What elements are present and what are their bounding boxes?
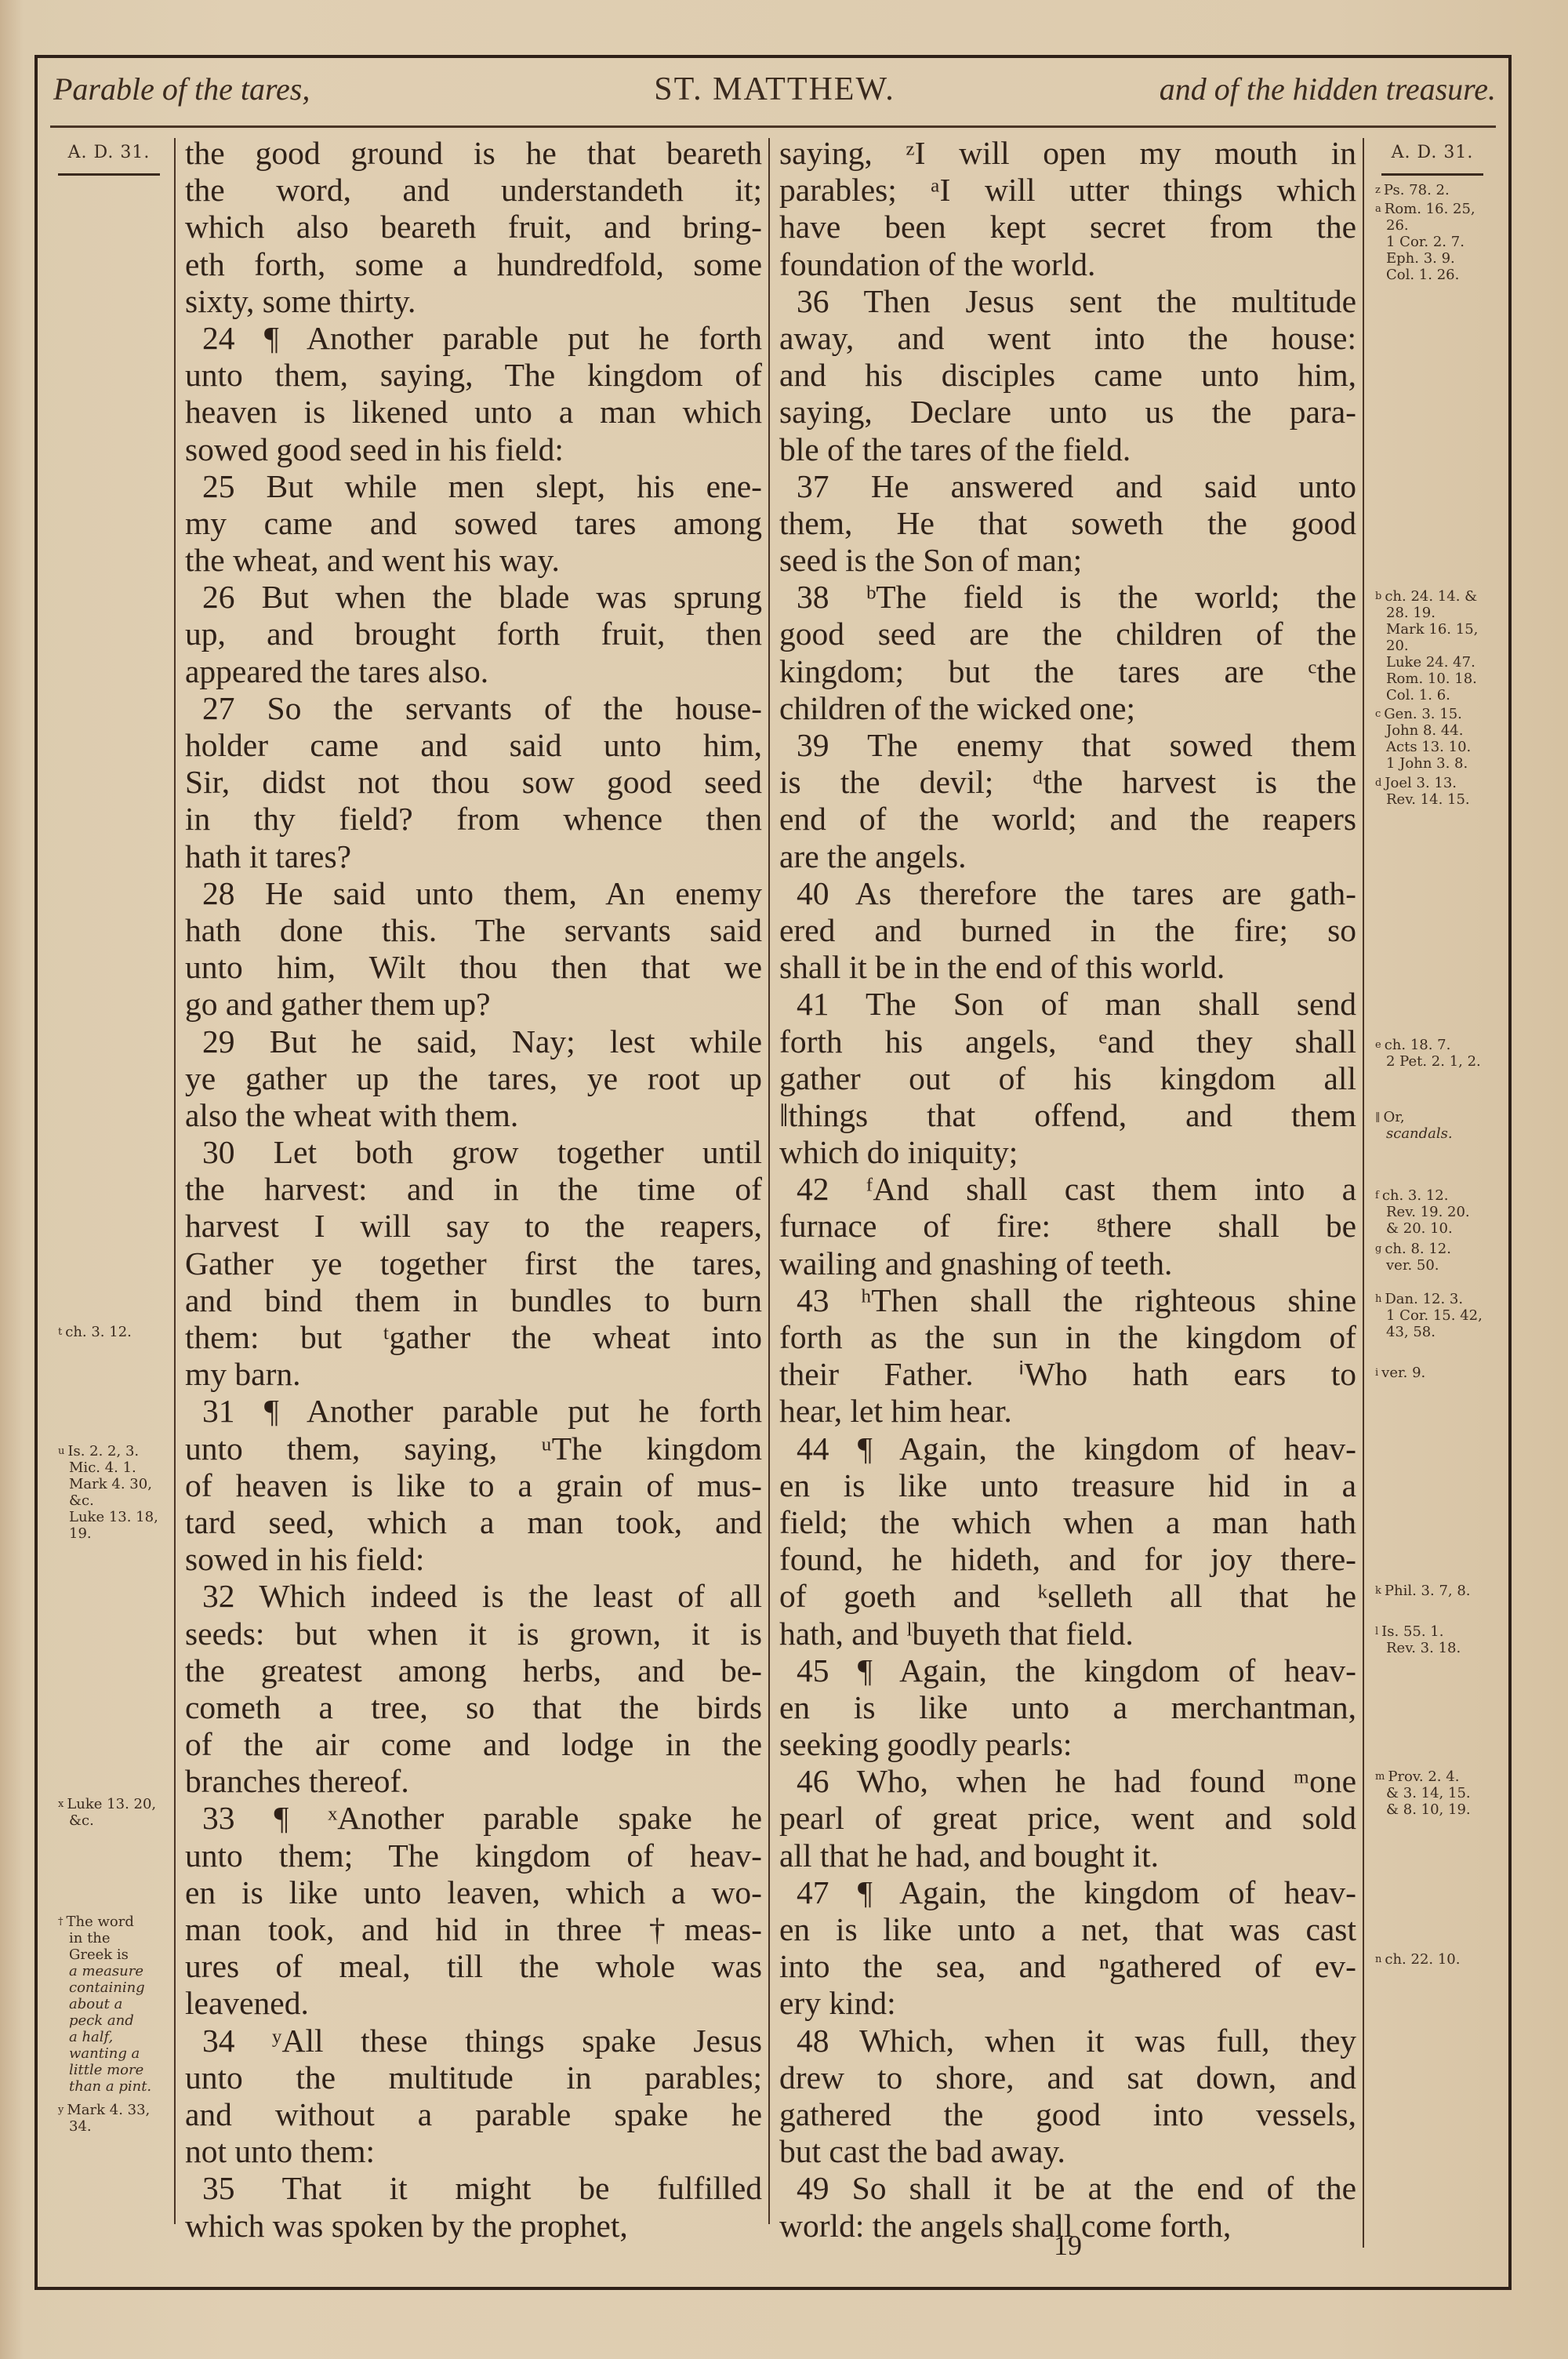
text-line: of heaven is like to a grain of mus- [185, 1467, 762, 1504]
note-text: a measure [69, 1963, 143, 1979]
note-text: Luke 13. 20, [67, 1796, 156, 1812]
note-mark: k [1375, 1585, 1381, 1597]
margin-reference-note: mProv. 2. 4.& 3. 14, 15.& 8. 10, 19. [1375, 1768, 1471, 1818]
text-line: shall it be in the end of this world. [779, 949, 1356, 986]
text-line: kingdom; but the tares are ᶜthe [779, 653, 1356, 690]
note-line: & 8. 10, 19. [1375, 1801, 1471, 1818]
text-line: the word, and understandeth it; [185, 172, 762, 209]
note-text: Luke 24. 47. [1386, 654, 1475, 671]
note-text: Joel 3. 13. [1385, 775, 1457, 791]
note-mark: ‖ [1375, 1111, 1381, 1123]
note-line: tch. 3. 12. [58, 1324, 132, 1340]
right-margin-notes: A. D. 31. [1366, 138, 1499, 176]
text-line: of the air come and lodge in the [185, 1726, 762, 1763]
text-line: 24 ¶ Another parable put he forth [185, 320, 762, 357]
text-line: also the wheat with them. [185, 1097, 762, 1134]
text-line: end of the world; and the reapers [779, 801, 1356, 838]
text-line: of goeth and ᵏselleth all that he [779, 1578, 1356, 1615]
note-line: Rom. 10. 18. [1375, 671, 1478, 687]
note-text: Is. 2. 2, 3. [67, 1443, 139, 1459]
note-line: Greek is [58, 1946, 151, 1963]
text-line: and his disciples came unto him, [779, 357, 1356, 394]
text-line: eth forth, some a hundredfold, some [185, 246, 762, 283]
note-text: &c. [69, 1812, 94, 1829]
text-line: 27 So the servants of the house- [185, 690, 762, 727]
text-line: 28 He said unto them, An enemy [185, 875, 762, 912]
note-text: than a pint. [69, 2078, 151, 2095]
note-line: ech. 18. 7. [1375, 1037, 1481, 1053]
text-line: branches thereof. [185, 1763, 762, 1800]
text-line: 40 As therefore the tares are gath- [779, 875, 1356, 912]
text-line: leavened. [185, 1985, 762, 2022]
text-line: 37 He answered and said unto [779, 468, 1356, 505]
note-line: mProv. 2. 4. [1375, 1768, 1471, 1785]
margin-reference-note: xLuke 13. 20,&c. [58, 1796, 156, 1829]
text-line: field; the which when a man hath [779, 1504, 1356, 1541]
note-mark: y [58, 2104, 64, 2116]
text-line: away, and went into the house: [779, 320, 1356, 357]
text-line: is the devil; ᵈthe harvest is the [779, 764, 1356, 801]
text-line: 32 Which indeed is the least of all [185, 1578, 762, 1615]
text-line: hath, and ˡbuyeth that field. [779, 1616, 1356, 1652]
text-line: 25 But while men slept, his ene- [185, 468, 762, 505]
note-text: The word [67, 1914, 134, 1930]
margin-reference-note: gch. 8. 12.ver. 50. [1375, 1241, 1451, 1274]
text-line: seeds: but when it is grown, it is [185, 1616, 762, 1652]
text-line: harvest I will say to the reapers, [185, 1208, 762, 1245]
text-line: 44 ¶ Again, the kingdom of heav- [779, 1430, 1356, 1467]
right-year-rule [1381, 173, 1483, 176]
text-line: my barn. [185, 1356, 762, 1393]
text-line: into the sea, and ⁿgathered of ev- [779, 1948, 1356, 1985]
text-line: 46 Who, when he had found ᵐone [779, 1763, 1356, 1800]
left-year-rule [58, 173, 160, 176]
text-column-2: saying, ᶻI will open my mouth inparables… [779, 135, 1356, 2245]
note-mark: † [58, 1916, 64, 1928]
text-column-1: the good ground is he that beareththe wo… [185, 135, 762, 2245]
text-line: them, He that soweth the good [779, 505, 1356, 542]
text-line: gather out of his kingdom all [779, 1060, 1356, 1097]
text-line: 42 ᶠAnd shall cast them into a [779, 1171, 1356, 1208]
note-text: scandals. [1386, 1125, 1453, 1142]
text-line: en is like unto treasure hid in a [779, 1467, 1356, 1504]
note-line: than a pint. [58, 2078, 151, 2095]
note-line: 26. [1375, 217, 1475, 234]
note-line: gch. 8. 12. [1375, 1241, 1451, 1257]
right-margin-year: A. D. 31. [1366, 138, 1499, 162]
text-line: in thy field? from whence then [185, 801, 762, 838]
text-line: found, he hideth, and for joy there- [779, 1541, 1356, 1578]
note-text: & 8. 10, 19. [1386, 1801, 1471, 1818]
note-line: wanting a [58, 2045, 151, 2062]
note-text: ch. 3. 12. [65, 1324, 132, 1340]
text-line: 43 ʰThen shall the righteous shine [779, 1282, 1356, 1319]
note-text: Dan. 12. 3. [1385, 1291, 1463, 1307]
text-line: sowed good seed in his field: [185, 431, 762, 468]
note-text: 20. [1386, 638, 1409, 654]
note-line: dJoel 3. 13. [1375, 775, 1470, 791]
note-line: 1 Cor. 15. 42, [1375, 1307, 1483, 1324]
note-line: iver. 9. [1375, 1365, 1425, 1381]
note-mark: e [1375, 1039, 1381, 1051]
text-line: the harvest: and in the time of [185, 1171, 762, 1208]
note-line: ver. 50. [1375, 1257, 1451, 1274]
margin-reference-note: ech. 18. 7.2 Pet. 2. 1, 2. [1375, 1037, 1481, 1070]
text-line: hear, let him hear. [779, 1393, 1356, 1430]
note-text: Rev. 14. 15. [1386, 791, 1470, 808]
text-line: seed is the Son of man; [779, 542, 1356, 579]
note-mark: i [1375, 1367, 1378, 1379]
note-mark: f [1375, 1190, 1379, 1201]
note-text: containing [69, 1979, 145, 1996]
note-text: ch. 3. 12. [1382, 1187, 1449, 1204]
note-text: Is. 55. 1. [1381, 1623, 1443, 1640]
note-line: zPs. 78. 2. [1375, 182, 1450, 198]
text-line: their Father. ⁱWho hath ears to [779, 1356, 1356, 1393]
text-line: 35 That it might be fulfilled [185, 2170, 762, 2207]
note-line: Mark 4. 30, [58, 1476, 158, 1492]
note-text: ch. 18. 7. [1385, 1037, 1451, 1053]
note-line: &c. [58, 1492, 158, 1509]
text-line: 38 ᵇThe field is the world; the [779, 579, 1356, 616]
note-mark: n [1375, 1954, 1381, 1965]
note-line: &c. [58, 1812, 156, 1829]
note-mark: u [58, 1445, 64, 1457]
text-line: appeared the tares also. [185, 653, 762, 690]
page-number: 19 [779, 2229, 1356, 2262]
text-line: 33 ¶ ˣAnother parable spake he [185, 1800, 762, 1837]
note-text: John 8. 44. [1386, 722, 1463, 739]
text-line: ye gather up the tares, ye root up [185, 1060, 762, 1097]
text-line: have been kept secret from the [779, 209, 1356, 245]
note-line: little more [58, 2062, 151, 2078]
note-line: Rev. 3. 18. [1375, 1640, 1461, 1656]
note-line: a measure [58, 1963, 151, 1979]
note-text: Col. 1. 26. [1386, 267, 1459, 283]
note-text: 43, 58. [1386, 1324, 1436, 1340]
note-line: †The word [58, 1914, 151, 1930]
text-line: tard seed, which a man took, and [185, 1504, 762, 1541]
text-line: and without a parable spake he [185, 2096, 762, 2133]
text-line: Sir, didst not thou sow good seed [185, 764, 762, 801]
note-text: wanting a [69, 2045, 140, 2062]
text-line: unto them; The kingdom of heav- [185, 1837, 762, 1874]
note-line: Mark 16. 15, [1375, 621, 1478, 638]
note-text: Or, [1384, 1109, 1405, 1125]
note-line: cGen. 3. 15. [1375, 706, 1471, 722]
note-line: 1 John 3. 8. [1375, 755, 1471, 772]
margin-reference-note: bch. 24. 14. &28. 19.Mark 16. 15,20.Luke… [1375, 588, 1478, 703]
note-line: Mic. 4. 1. [58, 1459, 158, 1476]
text-line: which was spoken by the prophet, [185, 2208, 762, 2245]
margin-reference-note: lIs. 55. 1.Rev. 3. 18. [1375, 1623, 1461, 1656]
text-line: ered and burned in the fire; so [779, 912, 1356, 949]
text-line: wailing and gnashing of teeth. [779, 1245, 1356, 1282]
text-line: furnace of fire: ᵍthere shall be [779, 1208, 1356, 1245]
margin-reference-note: kPhil. 3. 7, 8. [1375, 1583, 1471, 1599]
note-mark: c [1375, 708, 1381, 720]
text-line: 30 Let both grow together until [185, 1134, 762, 1171]
text-line: forth as the sun in the kingdom of [779, 1319, 1356, 1356]
text-line: go and gather them up? [185, 986, 762, 1023]
note-text: peck and [69, 2012, 134, 2029]
text-line: sixty, some thirty. [185, 283, 762, 320]
note-line: scandals. [1375, 1125, 1453, 1142]
text-line: children of the wicked one; [779, 690, 1356, 727]
note-text: Luke 13. 18, [69, 1509, 158, 1525]
text-line: but cast the bad away. [779, 2133, 1356, 2170]
text-line: good seed are the children of the [779, 616, 1356, 652]
note-line: aRom. 16. 25, [1375, 201, 1475, 217]
note-line: Rev. 14. 15. [1375, 791, 1470, 808]
text-line: gathered the good into vessels, [779, 2096, 1356, 2133]
margin-reference-note: ‖Or,scandals. [1375, 1109, 1453, 1142]
text-line: saying, ᶻI will open my mouth in [779, 135, 1356, 172]
note-text: 26. [1386, 217, 1409, 234]
note-text: Gen. 3. 15. [1384, 706, 1462, 722]
note-text: in the [69, 1930, 111, 1946]
text-line: en is like unto a merchantman, [779, 1689, 1356, 1726]
margin-reference-note: hDan. 12. 3.1 Cor. 15. 42,43, 58. [1375, 1291, 1483, 1340]
note-mark: d [1375, 777, 1381, 789]
text-line: ery kind: [779, 1985, 1356, 2022]
text-line: unto them, saying, The kingdom of [185, 357, 762, 394]
note-text: Mic. 4. 1. [69, 1459, 136, 1476]
note-text: & 3. 14, 15. [1386, 1785, 1471, 1801]
text-line: all that he had, and bought it. [779, 1837, 1356, 1874]
text-line: my came and sowed tares among [185, 505, 762, 542]
text-line: 36 Then Jesus sent the multitude [779, 283, 1356, 320]
note-line: Luke 13. 18, [58, 1509, 158, 1525]
note-text: Rom. 10. 18. [1386, 671, 1477, 687]
note-text: Greek is [69, 1946, 129, 1963]
note-line: uIs. 2. 2, 3. [58, 1443, 158, 1459]
note-line: lIs. 55. 1. [1375, 1623, 1461, 1640]
text-line: 26 But when the blade was sprung [185, 579, 762, 616]
note-text: Phil. 3. 7, 8. [1385, 1583, 1471, 1599]
note-line: Acts 13. 10. [1375, 739, 1471, 755]
note-line: ‖Or, [1375, 1109, 1453, 1125]
text-line: seeking goodly pearls: [779, 1726, 1356, 1763]
text-line: ble of the tares of the field. [779, 431, 1356, 468]
note-text: ch. 22. 10. [1385, 1951, 1460, 1968]
note-text: ch. 24. 14. & [1385, 588, 1477, 605]
note-text: 2 Pet. 2. 1, 2. [1386, 1053, 1481, 1070]
text-line: and bind them in bundles to burn [185, 1282, 762, 1319]
margin-reference-note: †The wordin theGreek isa measurecontaini… [58, 1914, 151, 2095]
margin-reference-note: yMark 4. 33,34. [58, 2102, 150, 2135]
note-line: kPhil. 3. 7, 8. [1375, 1583, 1471, 1599]
text-line: foundation of the world. [779, 246, 1356, 283]
text-line: saying, Declare unto us the para- [779, 394, 1356, 431]
text-line: the greatest among herbs, and be- [185, 1652, 762, 1689]
column-rule-left [174, 138, 176, 2224]
text-line: 29 But he said, Nay; lest while [185, 1023, 762, 1060]
note-line: & 3. 14, 15. [1375, 1785, 1471, 1801]
note-line: Luke 24. 47. [1375, 654, 1478, 671]
text-line: 39 The enemy that sowed them [779, 727, 1356, 764]
margin-reference-note: uIs. 2. 2, 3.Mic. 4. 1.Mark 4. 30,&c.Luk… [58, 1443, 158, 1542]
note-text: Eph. 3. 9. [1386, 250, 1455, 267]
note-line: Col. 1. 26. [1375, 267, 1475, 283]
note-line: & 20. 10. [1375, 1220, 1470, 1237]
text-line: 34 ʸAll these things spake Jesus [185, 2023, 762, 2059]
note-text: about a [69, 1996, 122, 2012]
note-mark: m [1375, 1771, 1385, 1783]
text-line: 45 ¶ Again, the kingdom of heav- [779, 1652, 1356, 1689]
margin-reference-note: zPs. 78. 2. [1375, 182, 1450, 198]
note-text: Prov. 2. 4. [1388, 1768, 1459, 1785]
margin-reference-note: iver. 9. [1375, 1365, 1425, 1381]
note-text: 1 Cor. 2. 7. [1386, 234, 1465, 250]
text-line: which also beareth fruit, and bring- [185, 209, 762, 245]
note-line: 1 Cor. 2. 7. [1375, 234, 1475, 250]
margin-reference-note: aRom. 16. 25,26.1 Cor. 2. 7.Eph. 3. 9.Co… [1375, 201, 1475, 283]
note-text: 1 Cor. 15. 42, [1386, 1307, 1483, 1324]
left-margin-notes: A. D. 31. [50, 138, 168, 176]
text-line: are the angels. [779, 838, 1356, 875]
note-line: 34. [58, 2118, 150, 2135]
note-line: containing [58, 1979, 151, 1996]
margin-reference-note: nch. 22. 10. [1375, 1951, 1460, 1968]
text-line: en is like unto leaven, which a wo- [185, 1874, 762, 1911]
note-mark: g [1375, 1243, 1381, 1255]
note-text: 19. [69, 1525, 92, 1542]
text-line: sowed in his field: [185, 1541, 762, 1578]
note-text: 34. [69, 2118, 92, 2135]
text-line: parables; ᵃI will utter things which [779, 172, 1356, 209]
note-line: John 8. 44. [1375, 722, 1471, 739]
header-right-title: and of the hidden treasure. [1160, 71, 1496, 107]
note-text: Rev. 19. 20. [1386, 1204, 1470, 1220]
text-line: drew to shore, and sat down, and [779, 2059, 1356, 2096]
column-rule-center [768, 138, 770, 2224]
note-line: 19. [58, 1525, 158, 1542]
text-line: holder came and said unto him, [185, 727, 762, 764]
text-line: 31 ¶ Another parable put he forth [185, 1393, 762, 1430]
text-line: unto him, Wilt thou then that we [185, 949, 762, 986]
note-line: bch. 24. 14. & [1375, 588, 1478, 605]
text-line: ‖things that offend, and them [779, 1097, 1356, 1134]
note-text: Mark 16. 15, [1386, 621, 1478, 638]
text-line: 41 The Son of man shall send [779, 986, 1356, 1023]
note-mark: x [58, 1798, 64, 1810]
note-mark: b [1375, 591, 1381, 602]
margin-reference-note: cGen. 3. 15.John 8. 44.Acts 13. 10.1 Joh… [1375, 706, 1471, 772]
note-text: Mark 4. 33, [67, 2102, 150, 2118]
note-text: little more [69, 2062, 143, 2078]
text-line: the wheat, and went his way. [185, 542, 762, 579]
note-text: ver. 50. [1386, 1257, 1439, 1274]
note-line: Col. 1. 6. [1375, 687, 1478, 703]
note-mark: h [1375, 1293, 1381, 1305]
note-mark: a [1375, 203, 1381, 215]
note-text: Mark 4. 30, [69, 1476, 152, 1492]
note-text: ch. 8. 12. [1385, 1241, 1451, 1257]
text-line: pearl of great price, went and sold [779, 1800, 1356, 1837]
margin-reference-note: dJoel 3. 13.Rev. 14. 15. [1375, 775, 1470, 808]
note-line: 20. [1375, 638, 1478, 654]
note-line: peck and [58, 2012, 151, 2029]
running-header: Parable of the tares, ST. MATTHEW. and o… [53, 63, 1496, 125]
note-line: Eph. 3. 9. [1375, 250, 1475, 267]
note-mark: t [58, 1326, 62, 1338]
left-margin-year: A. D. 31. [50, 138, 168, 162]
text-line: hath done this. The servants said [185, 912, 762, 949]
text-line: cometh a tree, so that the birds [185, 1689, 762, 1726]
note-line: 43, 58. [1375, 1324, 1483, 1340]
note-line: about a [58, 1996, 151, 2012]
note-line: hDan. 12. 3. [1375, 1291, 1483, 1307]
header-rule [50, 125, 1496, 128]
note-line: fch. 3. 12. [1375, 1187, 1470, 1204]
note-text: Rev. 3. 18. [1386, 1640, 1461, 1656]
note-line: a half, [58, 2029, 151, 2045]
note-text: 1 John 3. 8. [1386, 755, 1468, 772]
note-mark: z [1375, 184, 1381, 196]
note-text: Ps. 78. 2. [1384, 182, 1450, 198]
note-text: ver. 9. [1381, 1365, 1425, 1381]
text-line: them: but ᵗgather the wheat into [185, 1319, 762, 1356]
note-line: 28. 19. [1375, 605, 1478, 621]
note-text: Col. 1. 6. [1386, 687, 1450, 703]
note-line: in the [58, 1930, 151, 1946]
note-line: Rev. 19. 20. [1375, 1204, 1470, 1220]
text-line: heaven is likened unto a man which [185, 394, 762, 431]
note-text: & 20. 10. [1386, 1220, 1453, 1237]
text-line: the good ground is he that beareth [185, 135, 762, 172]
text-line: en is like unto a net, that was cast [779, 1911, 1356, 1948]
note-text: Acts 13. 10. [1386, 739, 1471, 755]
text-line: forth his angels, ᵉand they shall [779, 1023, 1356, 1060]
note-mark: l [1375, 1626, 1378, 1637]
note-text: a half, [69, 2029, 113, 2045]
column-rule-right [1363, 138, 1364, 2248]
text-line: 48 Which, when it was full, they [779, 2023, 1356, 2059]
text-line: hath it tares? [185, 838, 762, 875]
note-text: Rom. 16. 25, [1385, 201, 1475, 217]
text-line: ures of meal, till the whole was [185, 1948, 762, 1985]
text-line: 49 So shall it be at the end of the [779, 2170, 1356, 2207]
note-line: xLuke 13. 20, [58, 1796, 156, 1812]
margin-reference-note: fch. 3. 12.Rev. 19. 20.& 20. 10. [1375, 1187, 1470, 1237]
text-line: unto the multitude in parables; [185, 2059, 762, 2096]
text-line: not unto them: [185, 2133, 762, 2170]
text-line: 47 ¶ Again, the kingdom of heav- [779, 1874, 1356, 1911]
note-line: yMark 4. 33, [58, 2102, 150, 2118]
note-text: 28. 19. [1386, 605, 1436, 621]
text-line: up, and brought forth fruit, then [185, 616, 762, 652]
note-line: nch. 22. 10. [1375, 1951, 1460, 1968]
text-line: Gather ye together first the tares, [185, 1245, 762, 1282]
margin-reference-note: tch. 3. 12. [58, 1324, 132, 1340]
note-text: &c. [69, 1492, 94, 1509]
text-line: unto them, saying, ᵘThe kingdom [185, 1430, 762, 1467]
text-line: man took, and hid in three †meas- [185, 1911, 762, 1948]
text-line: which do iniquity; [779, 1134, 1356, 1171]
note-line: 2 Pet. 2. 1, 2. [1375, 1053, 1481, 1070]
